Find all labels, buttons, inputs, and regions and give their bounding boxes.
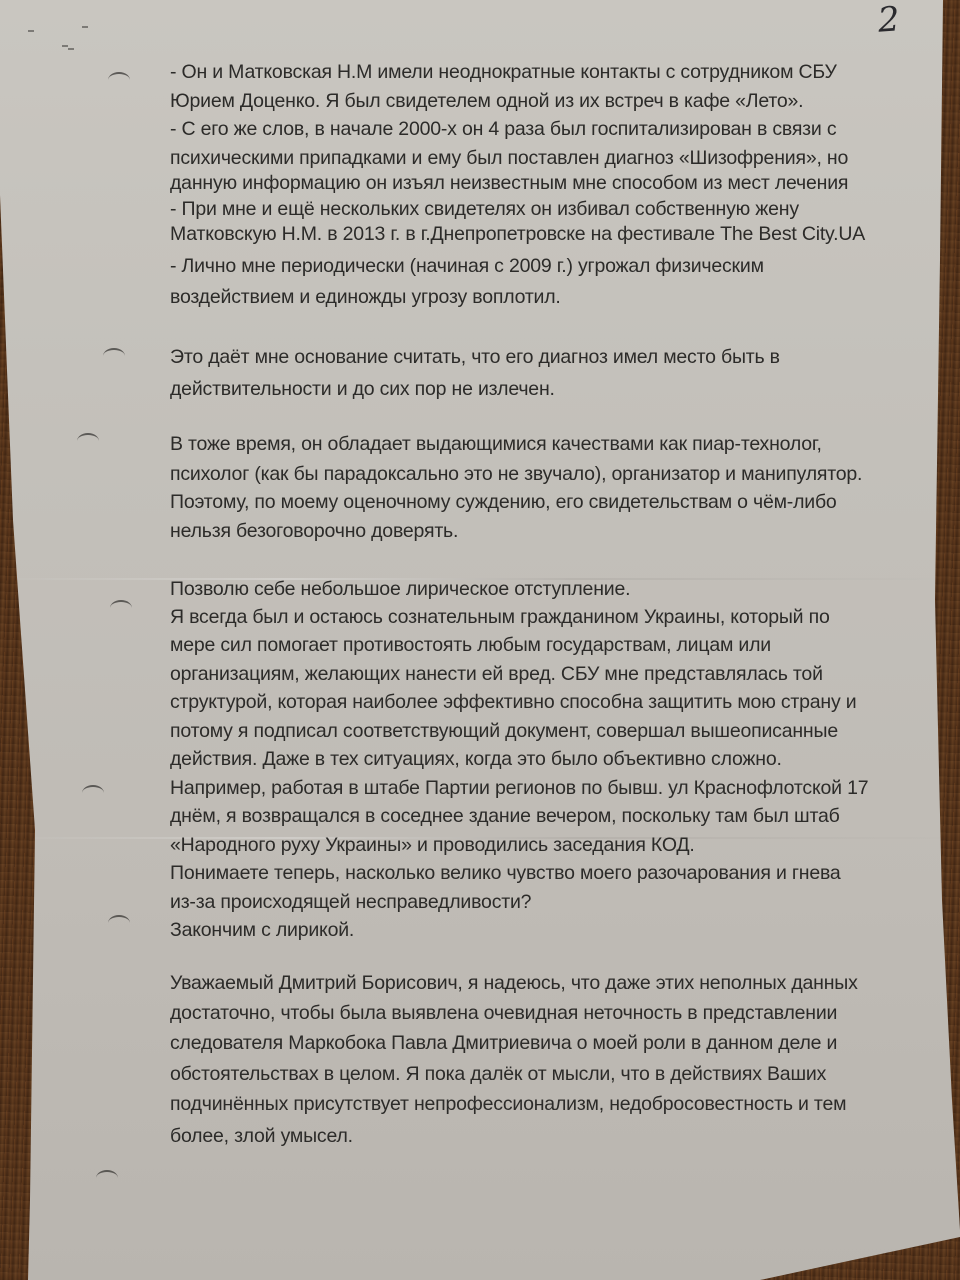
text-line: Понимаете теперь, насколько велико чувст… (170, 859, 900, 888)
punch-mark (108, 915, 130, 931)
text-line: мере сил помогает противостоять любым го… (170, 631, 900, 660)
paper-sheet: 2 - Он и Матковская Н.М имели неоднократ… (0, 0, 960, 1280)
margin-speck (28, 30, 34, 32)
text-line: Юрием Доценко. Я был свидетелем одной из… (170, 87, 900, 116)
handwritten-page-number: 2 (877, 0, 901, 41)
text-line: «Народного руху Украины» и проводились з… (170, 831, 900, 860)
text-line: - При мне и ещё нескольких свидетелях он… (170, 195, 900, 224)
text-line: Это даёт мне основание считать, что его … (170, 343, 900, 372)
text-line: структурой, которая наиболее эффективно … (170, 688, 900, 717)
text-line: Например, работая в штабе Партии регионо… (170, 774, 900, 803)
text-line: Уважаемый Дмитрий Борисович, я надеюсь, … (170, 969, 900, 998)
margin-speck (68, 48, 74, 50)
text-line: - Он и Матковская Н.М имели неоднократны… (170, 58, 900, 87)
text-line: более, злой умысел. (170, 1122, 900, 1151)
text-line: достаточно, чтобы была выявлена очевидна… (170, 999, 900, 1028)
paragraph-diagnosis: Это даёт мне основание считать, что его … (170, 343, 900, 403)
text-line: Позволю себе небольшое лирическое отступ… (170, 575, 900, 604)
paragraph-lyrical-digression: Позволю себе небольшое лирическое отступ… (170, 575, 900, 945)
margin-speck (62, 45, 68, 47)
text-line: обстоятельствах в целом. Я пока далёк от… (170, 1060, 900, 1089)
text-line: потому я подписал соответствующий докуме… (170, 717, 900, 746)
paragraph-qualities: В тоже время, он обладает выдающимися ка… (170, 430, 900, 545)
punch-mark (96, 1170, 118, 1186)
text-line: следователя Маркобока Павла Дмитриевича … (170, 1029, 900, 1058)
text-line: Я всегда был и остаюсь сознательным граж… (170, 603, 900, 632)
text-line: Матковскую Н.М. в 2013 г. в г.Днепропетр… (170, 220, 900, 249)
text-line: - С его же слов, в начале 2000-х он 4 ра… (170, 115, 900, 144)
text-line: действия. Даже в тех ситуациях, когда эт… (170, 745, 900, 774)
text-line: нельзя безоговорочно доверять. (170, 517, 900, 546)
margin-speck (82, 26, 88, 28)
text-line: воздействием и единожды угрозу воплотил. (170, 283, 900, 312)
text-line: днём, я возвращался в соседнее здание ве… (170, 802, 900, 831)
text-line: психическими припадками и ему был постав… (170, 144, 900, 173)
paragraph-bullets: - Он и Матковская Н.М имели неоднократны… (170, 58, 900, 312)
punch-mark (77, 433, 99, 449)
text-line: психолог (как бы парадоксально это не зв… (170, 460, 900, 489)
text-line: из-за происходящей несправедливости? (170, 888, 900, 917)
text-line: подчинённых присутствует непрофессионали… (170, 1090, 900, 1119)
text-line: действительности и до сих пор не излечен… (170, 375, 900, 404)
punch-mark (110, 600, 132, 616)
text-line: организациям, желающих нанести ей вред. … (170, 660, 900, 689)
punch-mark (103, 348, 125, 364)
text-line: данную информацию он изъял неизвестным м… (170, 169, 900, 198)
text-line: В тоже время, он обладает выдающимися ка… (170, 430, 900, 459)
text-line: Закончим с лирикой. (170, 916, 900, 945)
punch-mark (82, 785, 104, 801)
paragraph-closing: Уважаемый Дмитрий Борисович, я надеюсь, … (170, 969, 900, 1150)
punch-mark (108, 72, 130, 88)
text-line: Поэтому, по моему оценочному суждению, е… (170, 488, 900, 517)
text-line: - Лично мне периодически (начиная с 2009… (170, 252, 900, 281)
